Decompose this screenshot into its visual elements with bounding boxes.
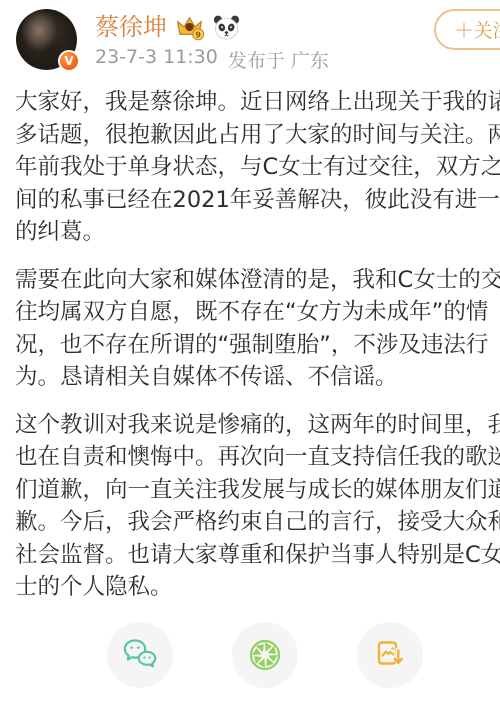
follow-button[interactable]: ＋关注	[434, 9, 500, 50]
text-line: 也在自责和懊悔中。再次向一直支持信任我的歌迷	[15, 441, 500, 474]
text-line: 歉。今后，我会严格约束自己的言行，接受大众和	[15, 506, 500, 539]
post-meta: 23-7-3 11:30 发布于 广东	[95, 46, 329, 73]
text-line: 们道歉，向一直关注我发展与成长的媒体朋友们道	[15, 474, 500, 507]
post-content: 大家好，我是蔡徐坤。近日网络上出现关于我的诸 多话题，很抱歉因此占用了大家的时间…	[15, 86, 500, 619]
username[interactable]: 蔡徐坤	[95, 13, 167, 41]
weibo-post-page: V 蔡徐坤 9	[0, 0, 500, 712]
save-image-icon	[370, 635, 410, 675]
text-line: 间的私事已经在2021年妥善解决，彼此没有进一步	[15, 184, 500, 217]
text-line: 这个教训对我来说是惨痛的，这两年的时间里，我	[15, 409, 500, 442]
text-line: 需要在此向大家和媒体澄清的是，我和C女士的交	[15, 264, 500, 297]
share-wechat-button[interactable]	[107, 622, 173, 688]
post-header: V 蔡徐坤 9	[0, 0, 500, 82]
text-line: 为。恳请相关自媒体不传谣、不信谣。	[15, 361, 500, 394]
paragraph: 这个教训对我来说是惨痛的，这两年的时间里，我 也在自责和懊悔中。再次向一直支持信…	[15, 409, 500, 604]
paragraph: 需要在此向大家和媒体澄清的是，我和C女士的交 往均属双方自愿，既不存在“女方为未…	[15, 264, 500, 394]
share-bar	[0, 622, 500, 688]
text-line: 大家好，我是蔡徐坤。近日网络上出现关于我的诸	[15, 86, 500, 119]
membership-crown-icon: 9	[174, 13, 205, 41]
membership-level: 9	[195, 29, 201, 39]
user-avatar[interactable]: V	[16, 9, 77, 70]
text-line: 士的个人隐私。	[15, 571, 500, 604]
text-line: 多话题，很抱歉因此占用了大家的时间与关注。两	[15, 119, 500, 152]
text-line: 的纠葛。	[15, 216, 500, 249]
username-row: 蔡徐坤 9	[95, 13, 241, 41]
text-line: 年前我处于单身状态，与C女士有过交往，双方之	[15, 151, 500, 184]
text-line: 社会监督。也请大家尊重和保护当事人特别是C女	[15, 539, 500, 572]
share-moments-button[interactable]	[232, 622, 298, 688]
save-image-button[interactable]	[357, 622, 423, 688]
wechat-icon	[120, 635, 160, 675]
post-location: 发布于 广东	[228, 46, 329, 73]
wechat-moments-icon	[245, 635, 285, 675]
verified-v-badge-icon: V	[58, 50, 80, 72]
paragraph: 大家好，我是蔡徐坤。近日网络上出现关于我的诸 多话题，很抱歉因此占用了大家的时间…	[15, 86, 500, 249]
text-line: 往均属双方自愿，既不存在“女方为未成年”的情	[15, 296, 500, 329]
text-line: 况，也不存在所谓的“强制堕胎”，不涉及违法行	[15, 329, 500, 362]
timestamp: 23-7-3 11:30	[95, 46, 218, 73]
panda-emoji-icon	[212, 14, 241, 40]
